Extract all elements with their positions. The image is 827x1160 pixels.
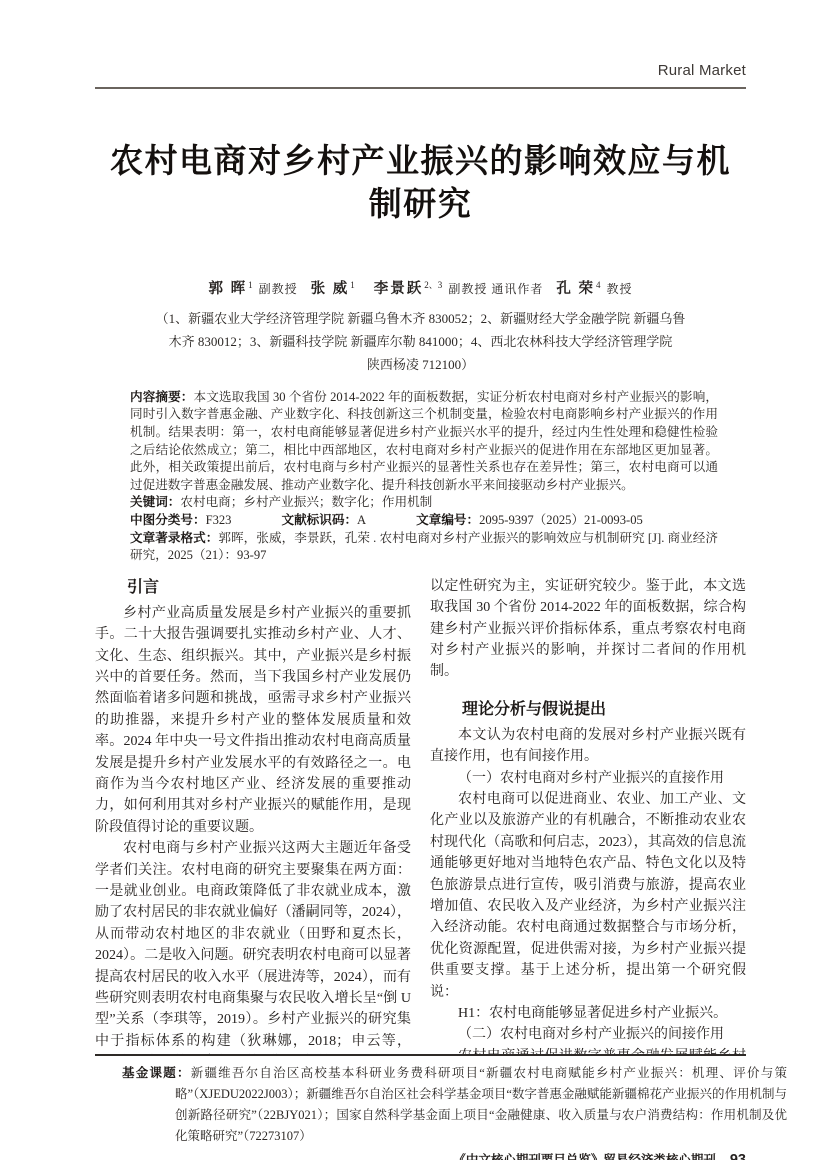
right-column: 以定性研究为主，实证研究较少。鉴于此，本文选取我国 30 个省份 2014-20…: [430, 576, 746, 1054]
author-name: 李景跃: [374, 281, 424, 297]
article-title: 农村电商对乡村产业振兴的影响效应与机制研究: [95, 141, 746, 227]
author-4: 孔 荣4教授: [556, 282, 632, 296]
author-1: 郭 晖1副教授: [209, 282, 298, 296]
affiliations: （1、新疆农业大学经济管理学院 新疆乌鲁木齐 830052；2、新疆财经大学金融…: [95, 307, 746, 376]
footnote-rule: [95, 1054, 746, 1056]
funding-label: 基金课题：: [122, 1066, 191, 1080]
funding-text: 新疆维吾尔自治区高校基本科研业务费科研项目“新疆农村电商赋能乡村产业振兴：机理、…: [175, 1066, 787, 1143]
header-rule: [95, 87, 746, 89]
page-number: 93: [730, 1152, 746, 1160]
body-paragraph: 农村电商通过促进数字普惠金融发展赋能乡村产业振兴。一方面，农村电商可能对居民的行…: [430, 1046, 746, 1054]
section-heading-theory: 理论分析与假说提出: [462, 698, 746, 722]
body-paragraph: 本文认为农村电商的发展对乡村产业振兴既有直接作用，也有间接作用。: [430, 725, 746, 768]
author-affil-marker: 2、3: [424, 280, 442, 290]
journal-credit: 《中文核心期刊要目总览》贸易经济类核心期刊: [453, 1153, 716, 1160]
author-3: 李景跃2、3副教授 通讯作者: [374, 282, 544, 296]
body-paragraph: 农村电商与乡村产业振兴这两大主题近年备受学者们关注。农村电商的研究主要聚集在两方…: [95, 838, 411, 1054]
affiliation-line: 木齐 830012；3、新疆科技学院 新疆库尔勒 841000；4、西北农林科技…: [95, 330, 746, 353]
subsection-heading-direct-effect: （一）农村电商对乡村产业振兴的直接作用: [430, 768, 746, 789]
body-paragraph: 农村电商可以促进商业、农业、加工产业、文化产业以及旅游产业的有机融合，不断推动农…: [430, 789, 746, 1003]
author-name: 孔 荣: [556, 281, 595, 297]
funding-note: 基金课题：新疆维吾尔自治区高校基本科研业务费科研项目“新疆农村电商赋能乡村产业振…: [122, 1063, 787, 1147]
affiliation-line: 陕西杨凌 712100）: [95, 353, 746, 376]
body-paragraph: 乡村产业高质量发展是乡村产业振兴的重要抓手。二十大报告强调要扎实推动乡村产业、人…: [95, 603, 411, 838]
body-columns: 引言 乡村产业高质量发展是乡村产业振兴的重要抓手。二十大报告强调要扎实推动乡村产…: [95, 576, 746, 1054]
section-heading-introduction: 引言: [127, 576, 411, 600]
affiliation-line: （1、新疆农业大学经济管理学院 新疆乌鲁木齐 830052；2、新疆财经大学金融…: [95, 307, 746, 330]
author-name: 郭 晖: [209, 281, 248, 297]
author-2: 张 威1: [311, 282, 361, 296]
clc-number: 中图分类号：F323: [130, 512, 231, 530]
keywords-text: 农村电商；乡村产业振兴；数字化；作用机制: [180, 495, 432, 509]
page-footer: 《中文核心期刊要目总览》贸易经济类核心期刊93: [95, 1150, 746, 1160]
body-paragraph-continued: 以定性研究为主，实证研究较少。鉴于此，本文选取我国 30 个省份 2014-20…: [430, 576, 746, 683]
author-role: 副教授 通讯作者: [448, 282, 543, 296]
author-line: 郭 晖1副教授 张 威1 李景跃2、3副教授 通讯作者 孔 荣4教授: [95, 275, 746, 299]
abstract-block: 内容摘要：本文选取我国 30 个省份 2014-2022 年的面板数据，实证分析…: [130, 389, 718, 565]
left-column: 引言 乡村产业高质量发展是乡村产业振兴的重要抓手。二十大报告强调要扎实推动乡村产…: [95, 576, 411, 1054]
article-id: 文章编号：2095-9397（2025）21-0093-05: [416, 512, 643, 530]
keywords-line: 关键词：农村电商；乡村产业振兴；数字化；作用机制: [130, 494, 718, 512]
author-affil-marker: 1: [350, 280, 355, 290]
author-role: 副教授: [259, 282, 298, 296]
author-role: 教授: [606, 282, 632, 296]
journal-page: Rural Market 农村电商对乡村产业振兴的影响效应与机制研究 郭 晖1副…: [0, 0, 827, 1160]
abstract-label: 内容摘要：: [130, 390, 194, 404]
citation-label: 文章著录格式：: [130, 531, 218, 545]
author-affil-marker: 1: [248, 280, 253, 290]
classification-line: 中图分类号：F323 文献标识码：A 文章编号：2095-9397（2025）2…: [130, 512, 718, 530]
abstract-paragraph: 内容摘要：本文选取我国 30 个省份 2014-2022 年的面板数据，实证分析…: [130, 389, 718, 495]
citation-line: 文章著录格式：郭晖，张威，李景跃，孔荣 . 农村电商对乡村产业振兴的影响效应与机…: [130, 530, 718, 565]
subsection-heading-indirect-effect: （二）农村电商对乡村产业振兴的间接作用: [430, 1024, 746, 1045]
document-code: 文献标识码：A: [281, 512, 366, 530]
keywords-label: 关键词：: [130, 495, 180, 509]
hypothesis-h1: H1：农村电商能够显著促进乡村产业振兴。: [430, 1003, 746, 1024]
running-head: Rural Market: [95, 0, 746, 80]
abstract-text: 本文选取我国 30 个省份 2014-2022 年的面板数据，实证分析农村电商对…: [130, 390, 718, 492]
author-name: 张 威: [311, 281, 350, 297]
author-affil-marker: 4: [596, 280, 601, 290]
citation-text: 郭晖，张威，李景跃，孔荣 . 农村电商对乡村产业振兴的影响效应与机制研究 [J]…: [130, 531, 718, 563]
